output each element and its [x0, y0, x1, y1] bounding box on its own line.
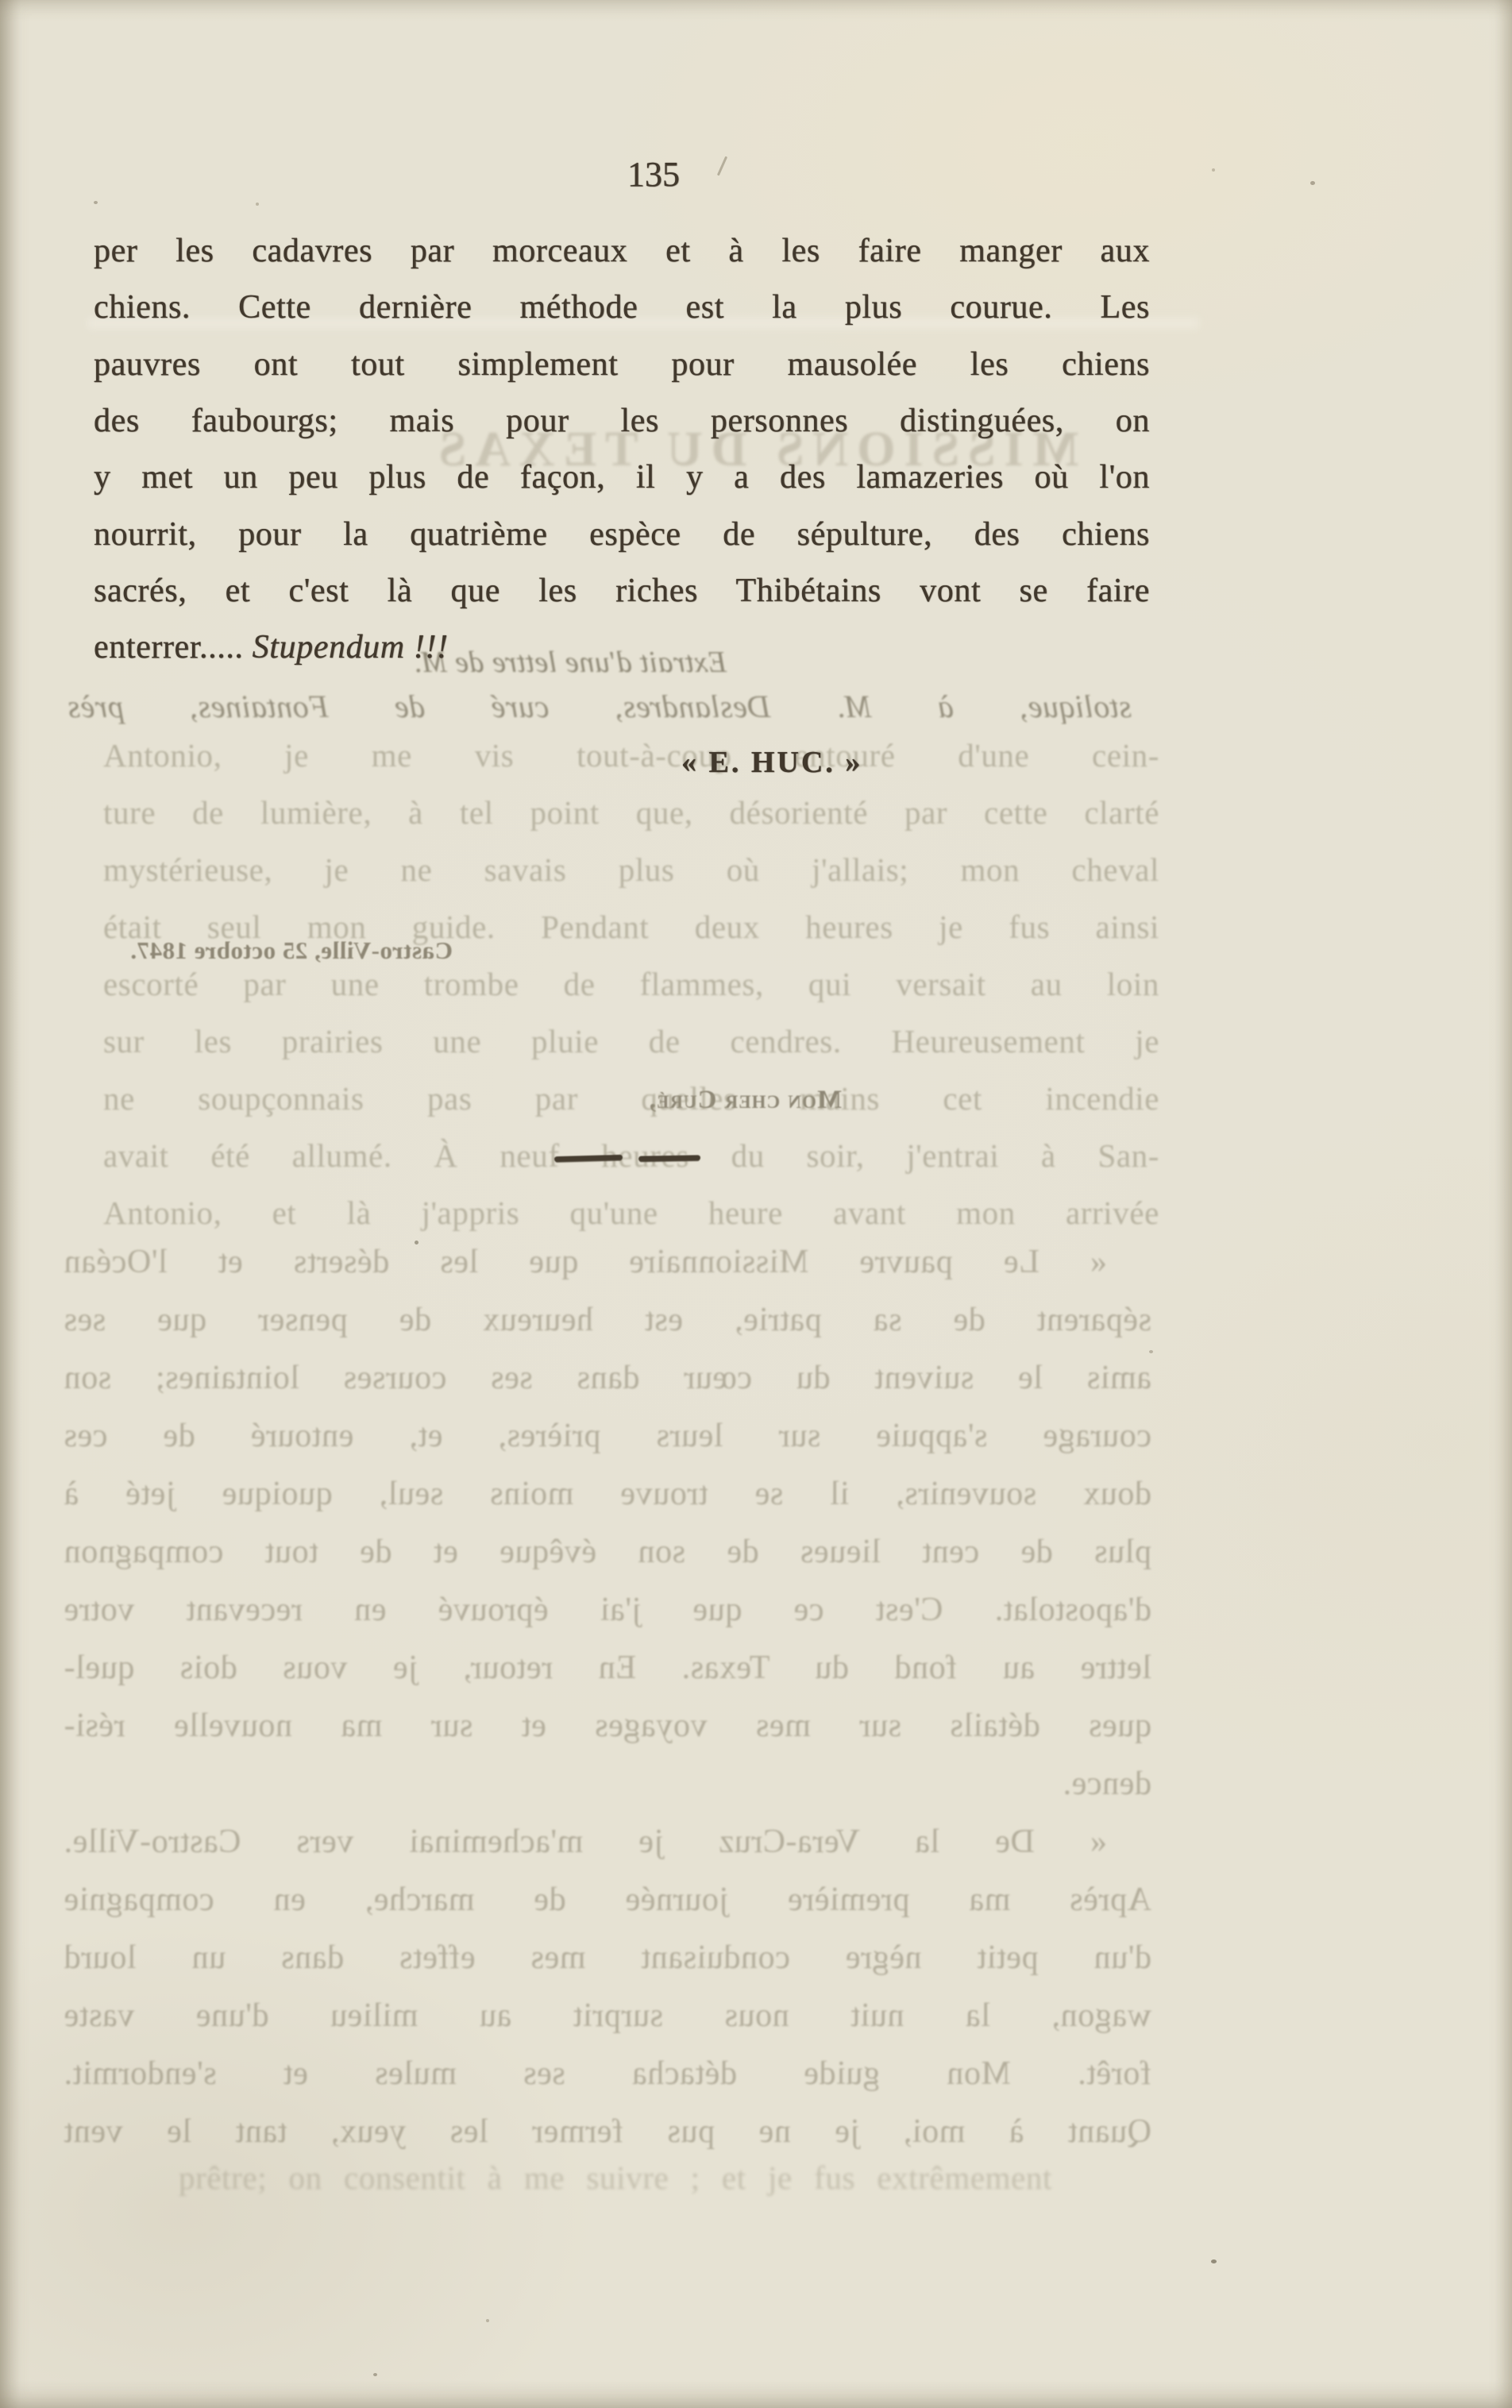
setoff-line: Antonio, et là j'appris qu'une heure ava… [103, 1184, 1159, 1241]
bleed-line: Après ma première journée de marche, en … [64, 1871, 1151, 1929]
bleed-line: plus de cent lieues de son évêque et de … [64, 1523, 1151, 1581]
bleed-line: courage s'appuie sur leurs prières, et, … [64, 1407, 1151, 1465]
body-line-italic: Stupendum !!! [253, 629, 449, 666]
bleed-line: d'apostolat. C'est ce que j'ai éprouvé e… [64, 1581, 1151, 1639]
paper-speck [1211, 2259, 1217, 2263]
bleed-line: « De la Vera-Cruz je m'acheminai vers Ca… [64, 1813, 1151, 1871]
setoff-line: mystérieuse, je ne savais plus où j'alla… [103, 841, 1159, 898]
paper-speck [1212, 168, 1215, 172]
paper-speck [94, 201, 98, 204]
page-number: 135 [610, 157, 697, 192]
bleed-line: dence. [64, 1755, 1151, 1813]
setoff-line: ture de lumière, à tel point que, désori… [103, 784, 1159, 841]
body-line: enterrer..... Stupendum !!! [94, 619, 1150, 676]
paper-speck [1149, 1350, 1153, 1353]
setoff-line: prêtre; on consentit à me suivre ; et je… [179, 2149, 1052, 2206]
bleed-header-line: stolique, à M. Deslandres, curé de Fonta… [67, 688, 1132, 726]
body-line: des faubourgs; mais pour les personnes d… [94, 393, 1150, 450]
bleed-line: forêt. Mon guide détacha ses mules et s'… [64, 2045, 1151, 2103]
bleed-line: séparent de sa patrie, est heureux de pe… [64, 1291, 1151, 1349]
bleed-line: amis le suivent du cœur dans ses courses… [64, 1349, 1151, 1407]
bleed-line: « Le pauvre Missionnaire que les déserts… [64, 1233, 1151, 1291]
paper-speck [415, 1241, 418, 1245]
scanned-book-page: MISSIONS DU TEXAS Extrait d'une lettre d… [0, 0, 1512, 2408]
paper-speck [486, 2319, 489, 2322]
body-line-plain: enterrer..... [94, 629, 244, 666]
signature: « E. HUC. » [681, 745, 862, 781]
divider-dash [638, 1155, 700, 1161]
body-line: y met un peu plus de façon, il y a des l… [94, 450, 1150, 506]
bleed-line: doux souvenirs, il se trouve moins seul,… [64, 1465, 1151, 1523]
bleed-line: d'un petit nègre conduisant mes effets d… [64, 1929, 1151, 1987]
paper-speck [256, 203, 259, 206]
body-line: nourrit, pour la quatrième espèce de sép… [94, 507, 1150, 563]
setoff-line: ne soupçonnais pas par quelles mains cet… [103, 1070, 1159, 1127]
bleed-line: ques détails sur mes voyages et sur ma n… [64, 1697, 1151, 1755]
paper-speck [1310, 181, 1315, 185]
setoff-line: était seul mon guide. Pendant deux heure… [103, 898, 1159, 955]
divider-dash [554, 1155, 623, 1162]
setoff-line: sur les prairies une pluie de cendres. H… [103, 1013, 1159, 1070]
bleed-line: wagon, la nuit nous surprit au milieu d'… [64, 1987, 1151, 2045]
body-line: per les cadavres par morceaux et à les f… [94, 223, 1150, 280]
body-line: sacrés, et c'est là que les riches Thibé… [94, 563, 1150, 619]
paper-speck [717, 156, 727, 176]
paper-speck [373, 2373, 377, 2376]
body-line: chiens. Cette dernière méthode est la pl… [94, 280, 1150, 336]
bleed-line: lettre au fond du Texas. En retour, je v… [64, 1639, 1151, 1697]
setoff-line: escorté par une trombe de flammes, qui v… [103, 955, 1159, 1013]
setoff-line: Antonio, je me vis tout-à-coup entouré d… [103, 727, 1159, 784]
section-divider [554, 1150, 713, 1167]
body-line: pauvres ont tout simplement pour mausolé… [94, 337, 1150, 393]
